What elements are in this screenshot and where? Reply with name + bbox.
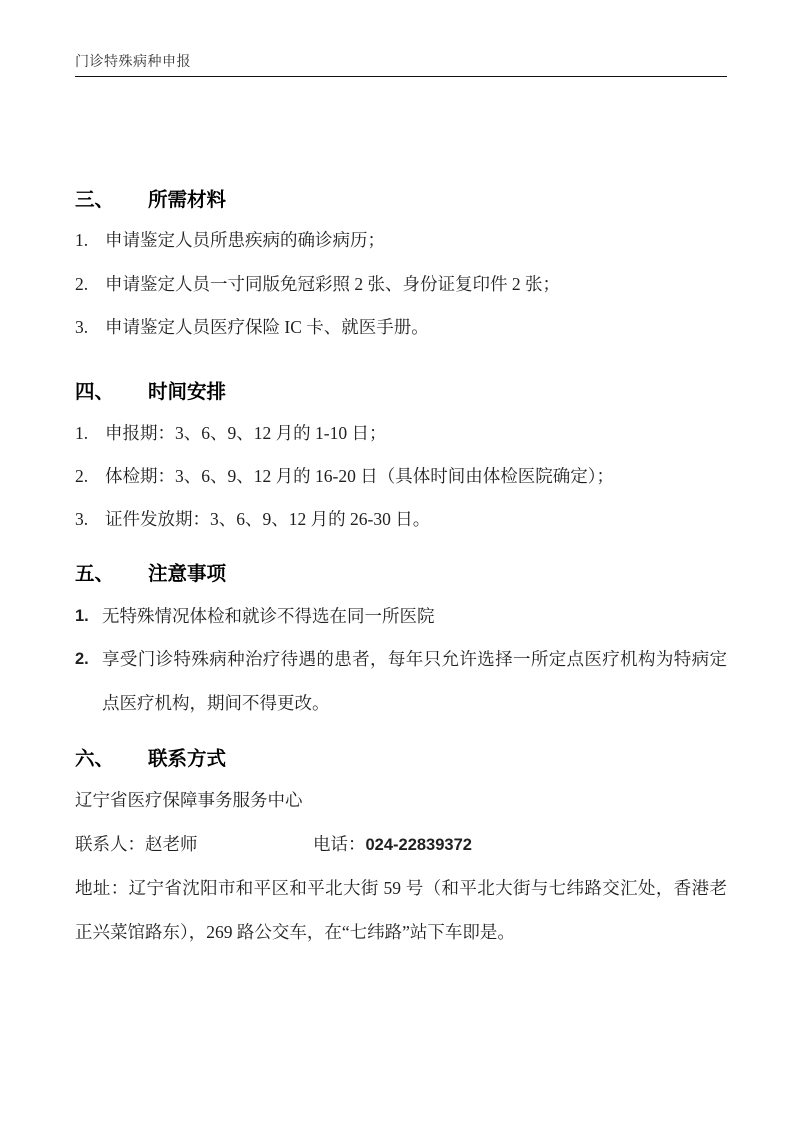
phone-group: 电话：024-22839372 [313, 823, 472, 868]
section-heading-notes: 五、 注意事项 [75, 562, 727, 586]
item-text: 享受门诊特殊病种治疗待遇的患者，每年只允许选择一所定点医疗机构为特病定点医疗机构… [102, 638, 727, 725]
phone-number: 024-22839372 [366, 836, 472, 854]
item-text: 申请鉴定人员医疗保险 IC 卡、就医手册。 [105, 306, 727, 350]
section-title: 联系方式 [148, 747, 226, 771]
item-number: 2. [75, 455, 105, 499]
item-text: 申请鉴定人员所患疾病的确诊病历； [105, 219, 727, 263]
section-title: 时间安排 [148, 380, 226, 404]
list-item: 1. 无特殊情况体检和就诊不得选在同一所医院 [75, 595, 727, 639]
page-header: 门诊特殊病种申报 [75, 55, 727, 71]
list-item: 2. 体检期：3、6、9、12 月的 16-20 日（具体时间由体检医院确定）； [75, 455, 727, 499]
section-heading-schedule: 四、 时间安排 [75, 380, 727, 404]
list-item: 1. 申报期：3、6、9、12 月的 1-10 日； [75, 412, 727, 456]
list-item: 3. 申请鉴定人员医疗保险 IC 卡、就医手册。 [75, 306, 727, 350]
contact-person-label: 联系人： [75, 834, 145, 854]
item-text: 体检期：3、6、9、12 月的 16-20 日（具体时间由体检医院确定）； [105, 455, 727, 499]
contact-person-name: 赵老师 [145, 834, 198, 854]
item-text: 申请鉴定人员一寸同版免冠彩照 2 张、身份证复印件 2 张； [105, 263, 727, 307]
item-number: 3. [75, 306, 105, 350]
section-heading-contact: 六、 联系方式 [75, 747, 727, 771]
item-text: 申报期：3、6、9、12 月的 1-10 日； [105, 412, 727, 456]
list-item: 2. 享受门诊特殊病种治疗待遇的患者，每年只允许选择一所定点医疗机构为特病定点医… [75, 638, 727, 725]
item-number: 2. [75, 638, 102, 682]
contact-row: 联系人：赵老师 电话：024-22839372 [75, 823, 727, 867]
header-rule [75, 76, 727, 77]
section-heading-materials: 三、 所需材料 [75, 188, 727, 212]
item-number: 1. [75, 595, 102, 639]
item-number: 1. [75, 412, 105, 456]
section-title: 注意事项 [148, 562, 226, 586]
section-title: 所需材料 [148, 188, 226, 212]
list-item: 3. 证件发放期：3、6、9、12 月的 26-30 日。 [75, 498, 727, 542]
header-title: 门诊特殊病种申报 [75, 55, 191, 70]
section-number: 三、 [75, 188, 148, 212]
section-number: 五、 [75, 562, 148, 586]
document-page: 门诊特殊病种申报 三、 所需材料 1. 申请鉴定人员所患疾病的确诊病历； 2. … [0, 0, 799, 1131]
organization-name: 辽宁省医疗保障事务服务中心 [75, 779, 727, 823]
list-item: 2. 申请鉴定人员一寸同版免冠彩照 2 张、身份证复印件 2 张； [75, 263, 727, 307]
address-paragraph: 地址：辽宁省沈阳市和平区和平北大街 59 号（和平北大街与七纬路交汇处，香港老正… [75, 867, 727, 954]
item-number: 1. [75, 219, 105, 263]
list-item: 1. 申请鉴定人员所患疾病的确诊病历； [75, 219, 727, 263]
item-text: 无特殊情况体检和就诊不得选在同一所医院 [102, 595, 727, 639]
section-number: 六、 [75, 747, 148, 771]
phone-label: 电话： [313, 834, 366, 854]
item-text: 证件发放期：3、6、9、12 月的 26-30 日。 [105, 498, 727, 542]
item-number: 3. [75, 498, 105, 542]
section-number: 四、 [75, 380, 148, 404]
item-number: 2. [75, 263, 105, 307]
